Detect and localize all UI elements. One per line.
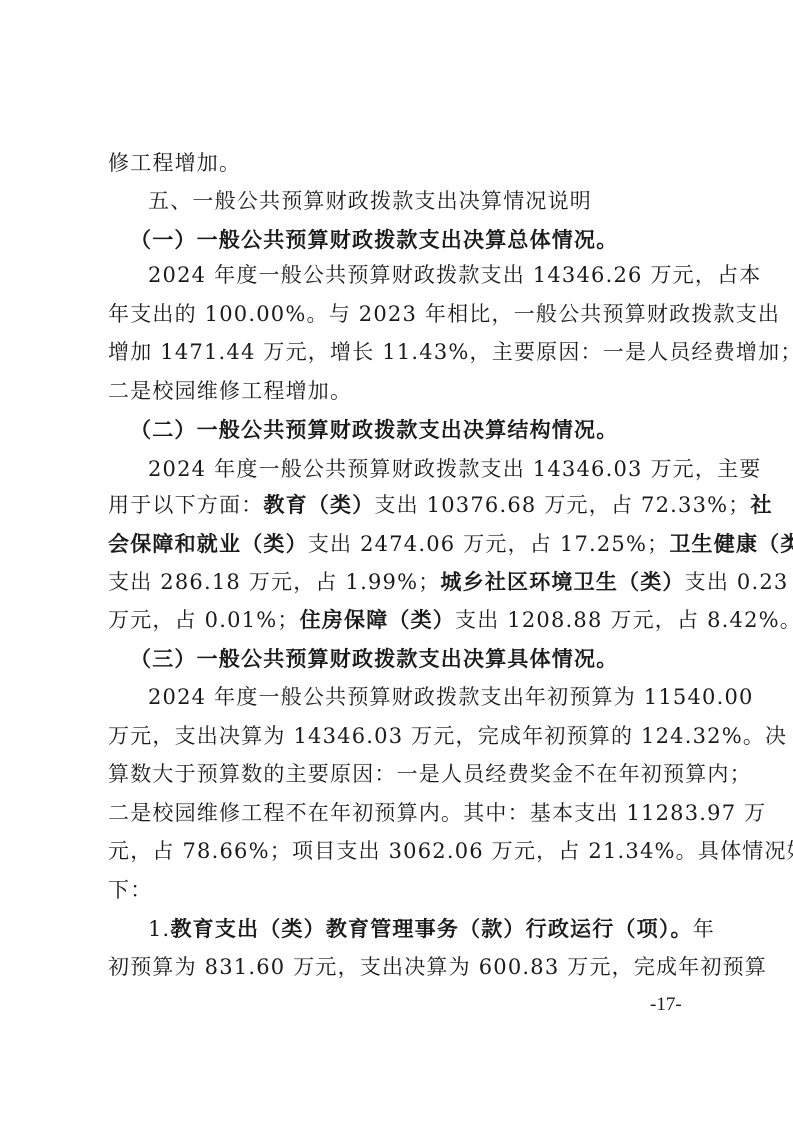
text: 用于以下方面： [108,493,263,517]
subsection-heading-2: （二）一般公共预算财政拨款支出决算结构情况。 [130,415,674,445]
category-urban-rural: 城乡社区环境卫生（类） [440,570,684,594]
paragraph-line: 2024 年度一般公共预算财政拨款支出 14346.26 万元，占本 [148,260,692,290]
category-education: 教育（类） [263,493,374,517]
paragraph-line: 二是校园维修工程不在年初预算内。其中：基本支出 11283.97 万 [108,798,692,828]
section-heading: 五、一般公共预算财政拨款支出决算情况说明 [148,186,692,216]
text: 支出 10376.68 万元，占 72.33%； [374,493,750,517]
paragraph-line: 用于以下方面：教育（类）支出 10376.68 万元，占 72.33%；社 [108,490,692,520]
paragraph-line: 二是校园维修工程增加。 [108,376,692,406]
text: 支出 0.23 [685,570,789,594]
text: 支出 286.18 万元，占 1.99%； [108,570,440,594]
text: 支出 2474.06 万元，占 17.25%； [308,532,670,556]
paragraph-line: 下： [108,875,692,905]
text: 年 [693,917,715,941]
paragraph-line: 2024 年度一般公共预算财政拨款支出 14346.03 万元，主要 [148,454,692,484]
paragraph-line: 算数大于预算数的主要原因：一是人员经费奖金不在年初预算内； [108,759,692,789]
paragraph-continuation: 修工程增加。 [108,148,692,178]
category-social-security: 社 [751,493,773,517]
paragraph-line: 年支出的 100.00%。与 2023 年相比，一般公共预算财政拨款支出 [108,299,692,329]
paragraph-line: 2024 年度一般公共预算财政拨款支出年初预算为 11540.00 [148,682,692,712]
item-number: 1. [148,917,170,941]
paragraph-line: 万元，支出决算为 14346.03 万元，完成年初预算的 124.32%。决 [108,721,692,751]
paragraph-line: 支出 286.18 万元，占 1.99%；城乡社区环境卫生（类）支出 0.23 [108,567,692,597]
subsection-heading-3: （三）一般公共预算财政拨款支出决算具体情况。 [130,644,674,674]
paragraph-line: 初预算为 831.60 万元，支出决算为 600.83 万元，完成年初预算 [108,952,692,982]
category-health: 卫生健康（类） [669,532,793,556]
paragraph-line: 元，占 78.66%；项目支出 3062.06 万元，占 21.34%。具体情况… [108,836,692,866]
item-title: 教育支出（类）教育管理事务（款）行政运行（项）。 [170,917,692,941]
category-social-security: 会保障和就业（类） [108,532,308,556]
category-housing: 住房保障（类） [300,608,455,632]
page-number: -17- [650,990,682,1020]
document-page: 修工程增加。 五、一般公共预算财政拨款支出决算情况说明 （一）一般公共预算财政拨… [0,0,793,1122]
paragraph-line: 万元，占 0.01%；住房保障（类）支出 1208.88 万元，占 8.42%。 [108,605,692,635]
text: 支出 1208.88 万元，占 8.42%。 [455,608,793,632]
paragraph-line: 会保障和就业（类）支出 2474.06 万元，占 17.25%；卫生健康（类） [108,529,692,559]
paragraph-line: 增加 1471.44 万元，增长 11.43%，主要原因：一是人员经费增加； [108,337,692,367]
text: 万元，占 0.01%； [108,608,300,632]
item-heading-line: 1.教育支出（类）教育管理事务（款）行政运行（项）。年 [148,914,692,944]
subsection-heading-1: （一）一般公共预算财政拨款支出决算总体情况。 [130,225,674,255]
